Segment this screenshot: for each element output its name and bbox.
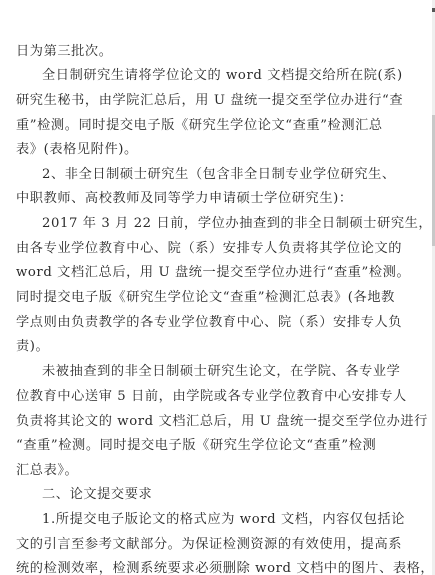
text-line: 研究生秘书，由学院汇总后，用 U 盘统一提交至学位办进行“查 xyxy=(16,93,403,109)
text-line: 1.所提交电子版论文的格式应为 word 文档，内容仅包括论 xyxy=(42,512,405,528)
text-line: 重”检测。同时提交电子版《研究生学位论文“查重”检测汇总 xyxy=(16,118,383,134)
text-line: 全日制研究生请将学位论文的 word 文档提交给所在院(系) xyxy=(42,68,403,84)
text-line: 中职教师、高校教师及同等学力申请硕士学位研究生)： xyxy=(16,191,353,207)
text-line: 2017 年 3 月 22 日前，学位办抽查到的非全日制硕士研究生， xyxy=(42,216,432,232)
text-line: 位教育中心送审 5 日前，由学院或各专业学位教育中心安排专人 xyxy=(16,389,407,405)
text-line: 未被抽查到的非全日制硕士研究生论文，在学院、各专业学 xyxy=(42,364,400,380)
text-line: 学点则由负责教学的各专业学位教育中心、院（系）安排专人负 xyxy=(16,315,402,331)
text-line: 统的检测效率，检测系统要求必须删除 word 文档中的图片、表格， xyxy=(16,561,434,575)
text-line: 负责将其论文的 word 文档汇总后，用 U 盘统一提交至学位办进行 xyxy=(16,414,428,430)
text-line: word 文档汇总后，用 U 盘统一提交至学位办进行“查重”检测。 xyxy=(16,265,410,281)
text-line: 表》(表格见附件)。 xyxy=(16,142,138,158)
text-line: 由各专业学位教育中心、院（系）安排专人负责将其学位论文的 xyxy=(16,241,402,257)
document-page: 日为第三批次。 全日制研究生请将学位论文的 word 文档提交给所在院(系) 研… xyxy=(0,0,432,575)
text-line: 文的引言至参考文献部分。为保证检测资源的有效使用，提高系 xyxy=(16,537,402,553)
text-line: 日为第三批次。 xyxy=(16,44,113,60)
text-line: 汇总表》。 xyxy=(16,463,78,479)
text-line: 同时提交电子版《研究生学位论文“查重”检测汇总表》(各地教 xyxy=(16,290,395,306)
text-line: 责)。 xyxy=(16,339,49,355)
section-heading: 二、论文提交要求 xyxy=(42,487,152,503)
text-line: 2、非全日制硕士研究生（包含非全日制专业学位研究生、 xyxy=(42,167,396,183)
text-line: “查重”检测。同时提交电子版《研究生学位论文“查重”检测 xyxy=(16,438,376,454)
